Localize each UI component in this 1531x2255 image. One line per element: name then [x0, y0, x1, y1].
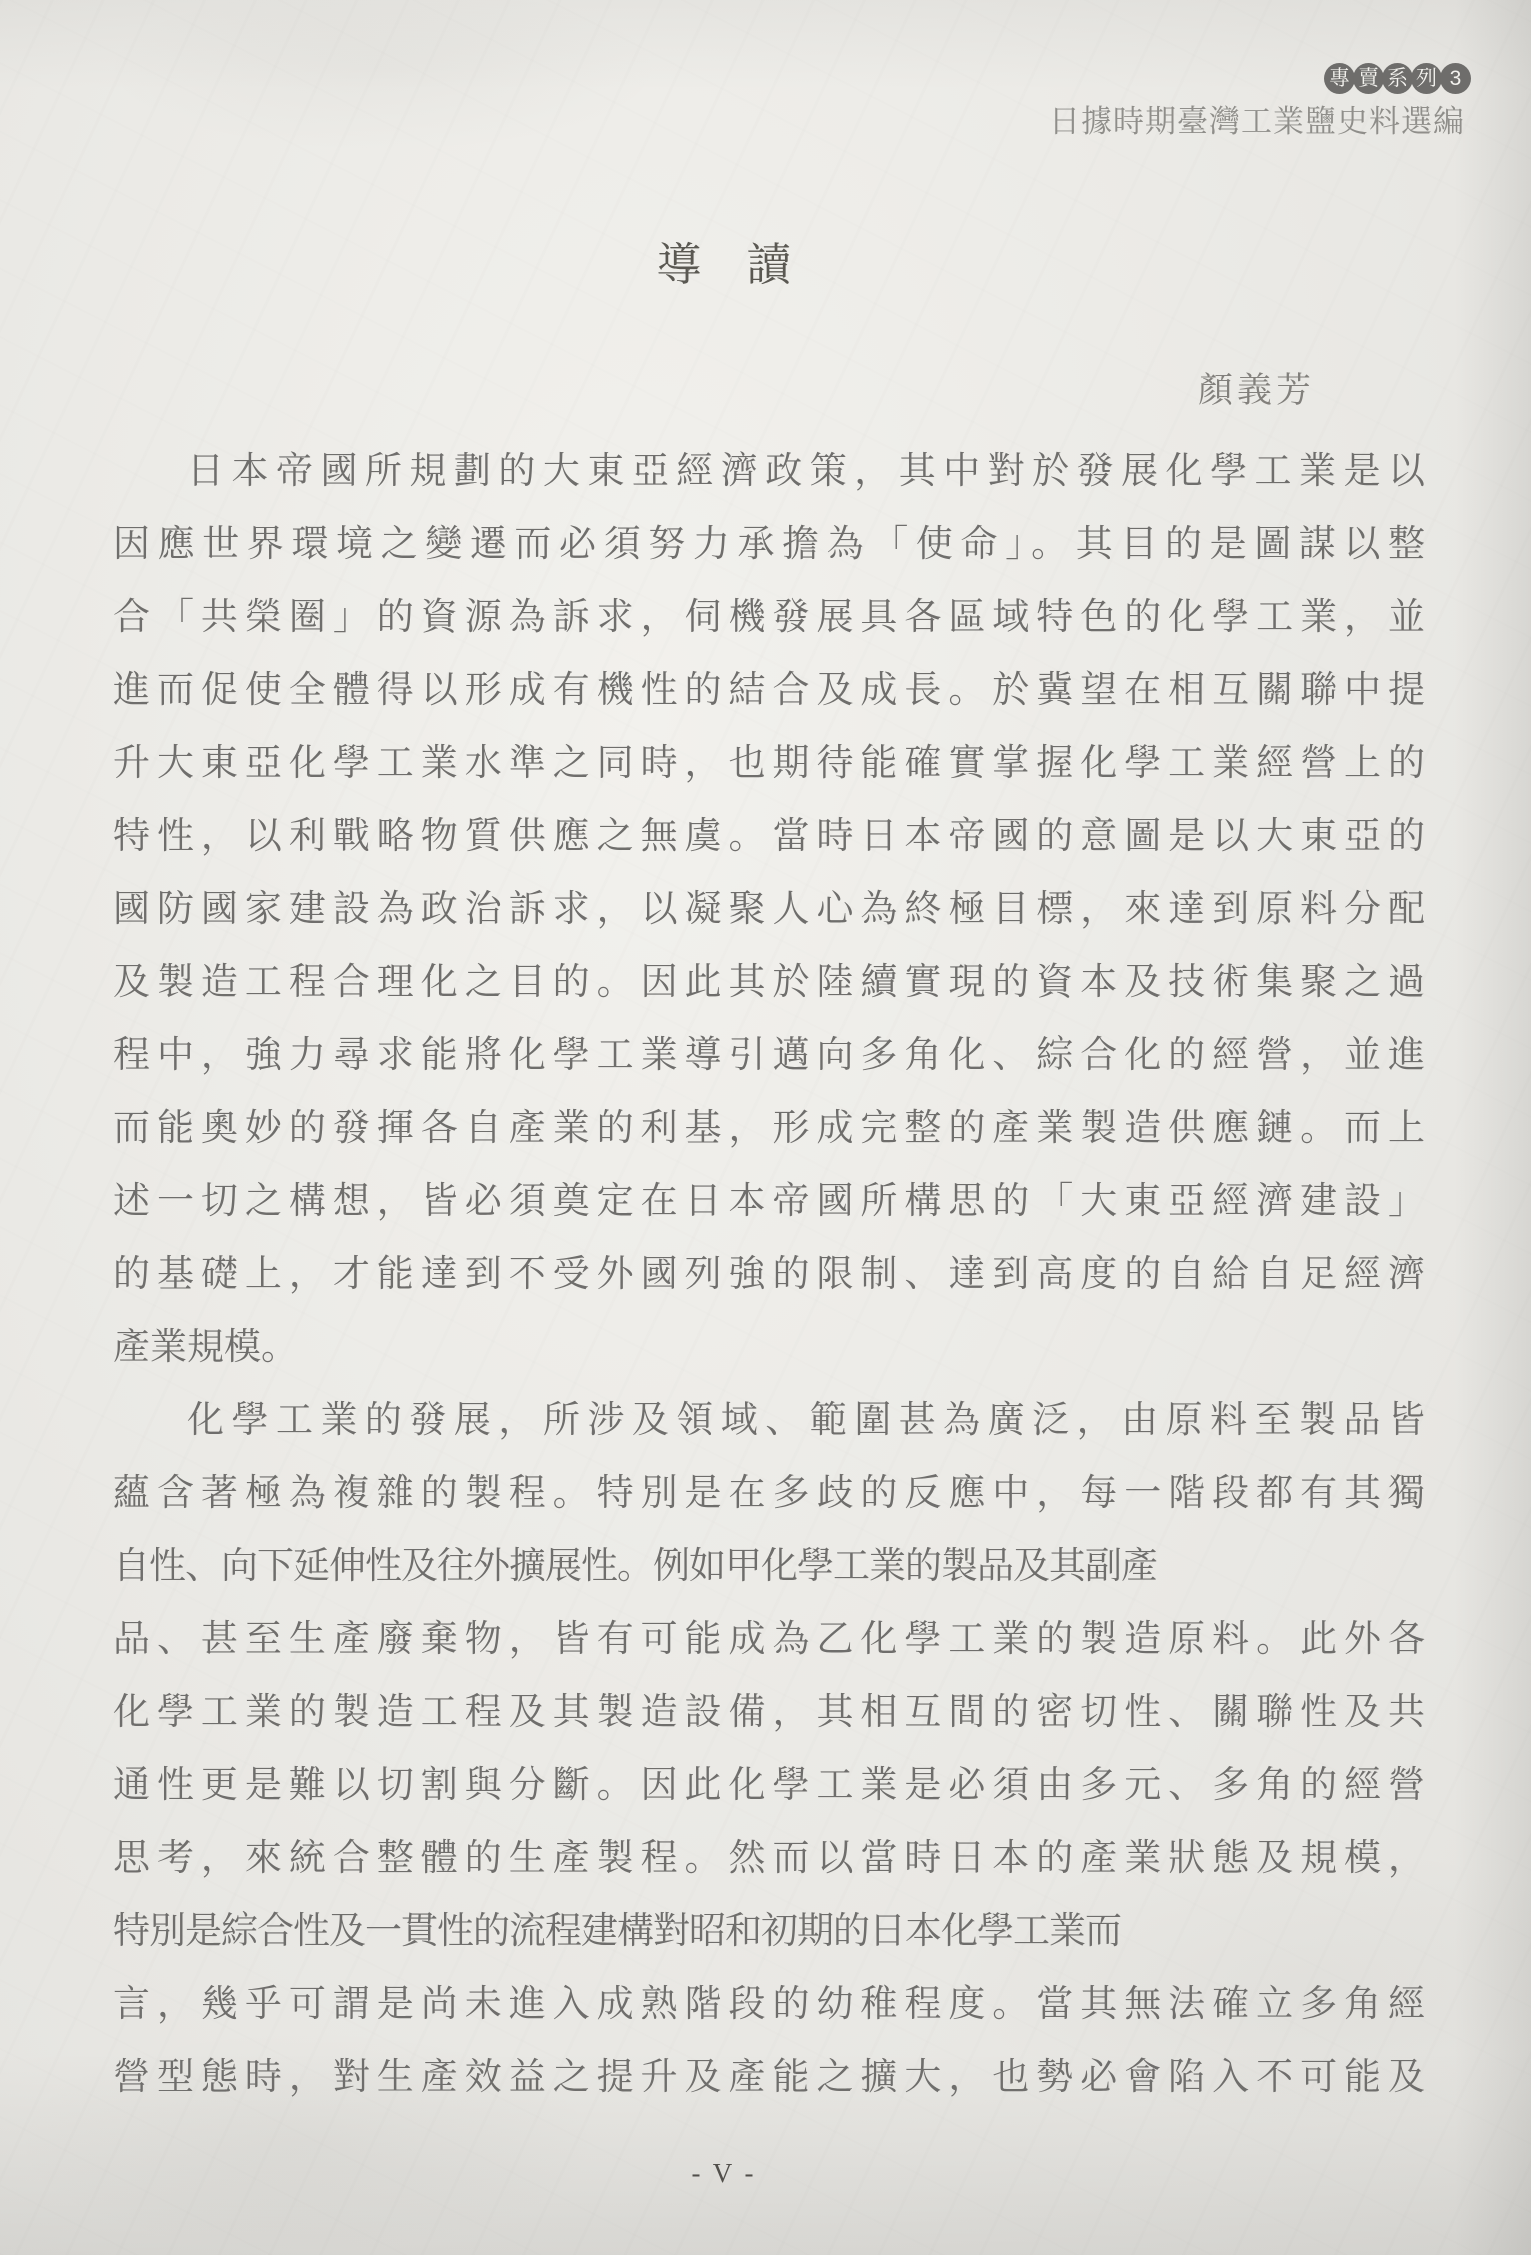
badge-char-2: 賣 [1353, 63, 1384, 94]
badge-char-4: 列 [1411, 63, 1442, 94]
body-line: 述一切之構想，皆必須奠定在日本帝國所構思的「大東亞經濟建設」 [113, 1165, 1425, 1238]
scanned-book-page: 專 賣 系 列 3 日據時期臺灣工業鹽史料選編 導 讀 顏義芳 日本帝國所規劃的… [0, 0, 1531, 2255]
badge-char-1: 專 [1324, 63, 1355, 94]
book-title: 日據時期臺灣工業鹽史料選編 [1049, 96, 1465, 141]
body-line: 的基礎上，才能達到不受外國列強的限制、達到高度的自給自足經濟 [113, 1238, 1425, 1311]
body-line: 及製造工程合理化之目的。因此其於陸續實現的資本及技術集聚之過 [113, 946, 1425, 1019]
series-badge: 專 賣 系 列 3 [1326, 63, 1471, 94]
body-line: 化學工業的製造工程及其製造設備，其相互間的密切性、關聯性及共 [113, 1676, 1425, 1749]
body-line: 而能奧妙的發揮各自產業的利基，形成完整的產業製造供應鏈。而上 [113, 1092, 1425, 1165]
body-line: 通性更是難以切割與分斷。因此化學工業是必須由多元、多角的經營 [113, 1749, 1425, 1822]
body-line: 特性，以利戰略物質供應之無虞。當時日本帝國的意圖是以大東亞的 [113, 800, 1425, 873]
badge-char-3: 系 [1382, 63, 1413, 94]
body-line: 日本帝國所規劃的大東亞經濟政策，其中對於發展化學工業是以 [113, 435, 1425, 508]
body-text: 日本帝國所規劃的大東亞經濟政策，其中對於發展化學工業是以 因應世界環境之變遷而必… [113, 435, 1425, 2114]
body-line: 因應世界環境之變遷而必須努力承擔為「使命」。其目的是圖謀以整 [113, 508, 1425, 581]
body-line: 營型態時，對生產效益之提升及產能之擴大，也勢必會陷入不可能及 [113, 2041, 1425, 2114]
body-line: 言，幾乎可謂是尚未進入成熟階段的幼稚程度。當其無法確立多角經 [113, 1968, 1425, 2041]
body-line: 品、甚至生產廢棄物，皆有可能成為乙化學工業的製造原料。此外各 [113, 1603, 1425, 1676]
body-line: 合「共榮圈」的資源為訴求，伺機發展具各區域特色的化學工業，並 [113, 581, 1425, 654]
page-number: - V - [113, 2158, 1335, 2189]
badge-char-5: 3 [1440, 63, 1471, 94]
body-line: 特別是綜合性及一貫性的流程建構對昭和初期的日本化學工業而 [113, 1895, 1425, 1968]
page-title: 導 讀 [113, 241, 1335, 291]
body-line: 進而促使全體得以形成有機性的結合及成長。於冀望在相互關聯中提 [113, 654, 1425, 727]
body-line: 自性、向下延伸性及往外擴展性。例如甲化學工業的製品及其副產 [113, 1530, 1425, 1603]
body-line: 蘊含著極為複雜的製程。特別是在多歧的反應中，每一階段都有其獨 [113, 1457, 1425, 1530]
body-line: 程中，強力尋求能將化學工業導引邁向多角化、綜合化的經營，並進 [113, 1019, 1425, 1092]
body-line: 思考，來統合整體的生產製程。然而以當時日本的產業狀態及規模， [113, 1822, 1425, 1895]
body-line: 國防國家建設為政治訴求，以凝聚人心為終極目標，來達到原料分配 [113, 873, 1425, 946]
body-line: 產業規模。 [113, 1311, 1425, 1384]
author-name: 顏義芳 [1198, 363, 1315, 413]
body-line: 升大東亞化學工業水準之同時，也期待能確實掌握化學工業經營上的 [113, 727, 1425, 800]
body-line: 化學工業的發展，所涉及領域、範圍甚為廣泛，由原料至製品皆 [113, 1384, 1425, 1457]
